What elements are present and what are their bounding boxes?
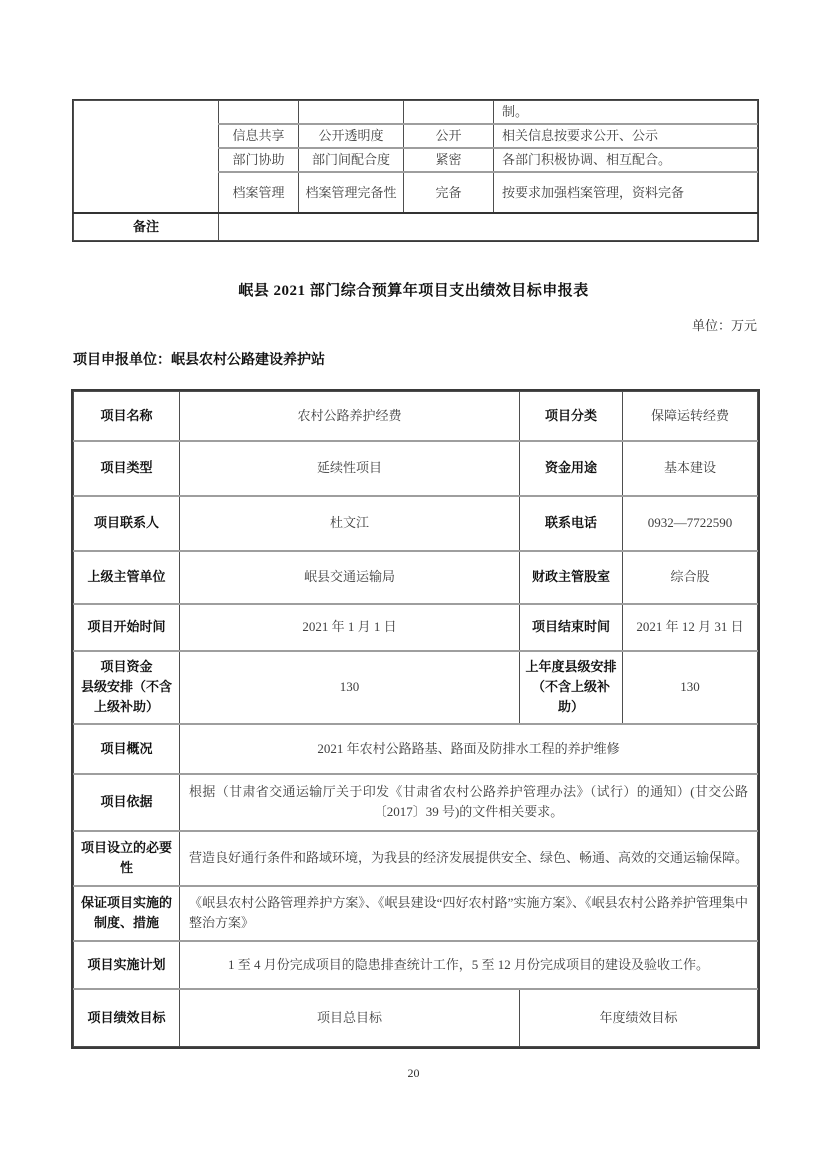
cont-indicator-target: 紧密 bbox=[404, 148, 494, 172]
fund-use-value: 基本建设 bbox=[623, 441, 758, 496]
cont-indicator-metric: 公开透明度 bbox=[299, 124, 404, 148]
annual-target-header: 年度绩效目标 bbox=[520, 989, 758, 1047]
remark-label: 备注 bbox=[74, 213, 219, 240]
project-category-label: 项目分类 bbox=[520, 392, 623, 441]
start-date-value: 2021 年 1 月 1 日 bbox=[180, 604, 520, 651]
cont-indicator-desc: 相关信息按要求公开、公示 bbox=[494, 124, 758, 148]
cont-indicator-name: 档案管理 bbox=[219, 172, 299, 213]
project-necessity-value: 营造良好通行条件和路域环境，为我县的经济发展提供安全、绿色、畅通、高效的交通运输… bbox=[180, 831, 758, 886]
applicant-line: 项目申报单位：岷县农村公路建设养护站 bbox=[73, 349, 325, 369]
cont-indicator-target: 完备 bbox=[404, 172, 494, 213]
page-number: 20 bbox=[0, 1066, 827, 1081]
overall-target-header: 项目总目标 bbox=[180, 989, 520, 1047]
page-title: 岷县 2021 部门综合预算年项目支出绩效目标申报表 bbox=[0, 279, 827, 300]
remark-value-cell bbox=[219, 213, 758, 240]
cont-merged-empty-cell bbox=[74, 101, 219, 214]
implementation-plan-value: 1 至 4 月份完成项目的隐患排查统计工作，5 至 12 月份完成项目的建设及验… bbox=[180, 941, 758, 989]
project-name-value: 农村公路养护经费 bbox=[180, 392, 520, 441]
implementation-plan-label: 项目实施计划 bbox=[74, 941, 180, 989]
contact-phone-value: 0932—7722590 bbox=[623, 496, 758, 551]
project-type-label: 项目类型 bbox=[74, 441, 180, 496]
finance-section-label: 财政主管股室 bbox=[520, 551, 623, 604]
cont-empty-cell bbox=[404, 101, 494, 125]
cont-partial-text: 制。 bbox=[494, 101, 758, 125]
fund-use-label: 资金用途 bbox=[520, 441, 623, 496]
implementation-measures-value: 《岷县农村公路管理养护方案》、《岷县建设“四好农村路”实施方案》、《岷县农村公路… bbox=[180, 886, 758, 941]
cont-indicator-desc: 按要求加强档案管理，资料完备 bbox=[494, 172, 758, 213]
prev-year-fund-value: 130 bbox=[623, 651, 758, 724]
cont-indicator-metric: 档案管理完备性 bbox=[299, 172, 404, 213]
contact-phone-label: 联系电话 bbox=[520, 496, 623, 551]
start-date-label: 项目开始时间 bbox=[74, 604, 180, 651]
project-overview-label: 项目概况 bbox=[74, 724, 180, 774]
cont-indicator-name: 信息共享 bbox=[219, 124, 299, 148]
cont-empty-cell bbox=[299, 101, 404, 125]
county-fund-value: 130 bbox=[180, 651, 520, 724]
project-name-label: 项目名称 bbox=[74, 392, 180, 441]
project-necessity-label: 项目设立的必要性 bbox=[74, 831, 180, 886]
contact-person-label: 项目联系人 bbox=[74, 496, 180, 551]
continuation-table: 制。 信息共享 公开透明度 公开 相关信息按要求公开、公示 部门协助 部门间配合… bbox=[73, 100, 758, 241]
prev-year-fund-label: 上年度县级安排（不含上级补助） bbox=[520, 651, 623, 724]
cont-indicator-metric: 部门间配合度 bbox=[299, 148, 404, 172]
performance-target-label: 项目绩效目标 bbox=[74, 989, 180, 1047]
contact-person-value: 杜文江 bbox=[180, 496, 520, 551]
finance-section-value: 综合股 bbox=[623, 551, 758, 604]
cont-indicator-target: 公开 bbox=[404, 124, 494, 148]
performance-target-form-table: 项目名称 农村公路养护经费 项目分类 保障运转经费 项目类型 延续性项目 资金用… bbox=[73, 391, 758, 1047]
end-date-value: 2021 年 12 月 31 日 bbox=[623, 604, 758, 651]
county-fund-label: 项目资金 县级安排（不含上级补助） bbox=[74, 651, 180, 724]
unit-note: 单位：万元 bbox=[692, 315, 757, 334]
project-overview-value: 2021 年农村公路路基、路面及防排水工程的养护维修 bbox=[180, 724, 758, 774]
superior-unit-value: 岷县交通运输局 bbox=[180, 551, 520, 604]
project-type-value: 延续性项目 bbox=[180, 441, 520, 496]
project-category-value: 保障运转经费 bbox=[623, 392, 758, 441]
document-page: 制。 信息共享 公开透明度 公开 相关信息按要求公开、公示 部门协助 部门间配合… bbox=[0, 0, 827, 1169]
cont-indicator-name: 部门协助 bbox=[219, 148, 299, 172]
cont-indicator-desc: 各部门积极协调、相互配合。 bbox=[494, 148, 758, 172]
project-basis-label: 项目依据 bbox=[74, 774, 180, 831]
superior-unit-label: 上级主管单位 bbox=[74, 551, 180, 604]
end-date-label: 项目结束时间 bbox=[520, 604, 623, 651]
project-basis-value: 根据（甘肃省交通运输厅关于印发《甘肃省农村公路养护管理办法》（试行）的通知）(甘… bbox=[180, 774, 758, 831]
implementation-measures-label: 保证项目实施的制度、措施 bbox=[74, 886, 180, 941]
cont-empty-cell bbox=[219, 101, 299, 125]
